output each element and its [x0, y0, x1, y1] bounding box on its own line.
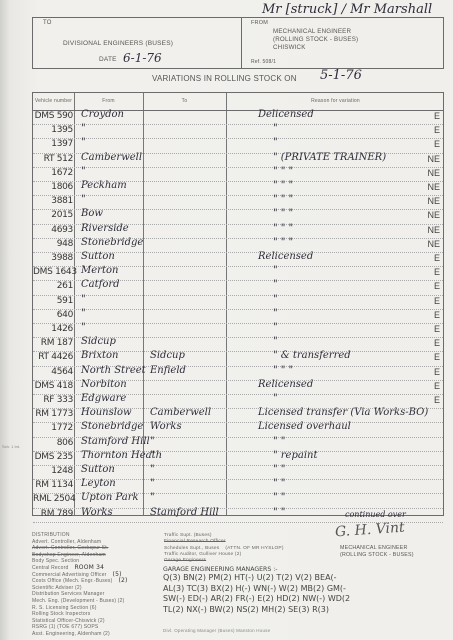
from-garage: Works: [81, 507, 113, 518]
distribution-item: Costs Office (Mech. Engr.-Buses)(2): [32, 578, 128, 585]
status-code: NE: [427, 239, 440, 249]
to-garage: ": [150, 492, 155, 503]
vehicle-number: RT 512: [33, 154, 73, 164]
from-garage: ": [81, 322, 86, 333]
reason: ": [273, 123, 453, 134]
status-code: E: [434, 338, 440, 348]
vehicle-number: DMS 418: [33, 381, 73, 391]
distribution-item-text: Distribution Services Manager: [32, 591, 105, 597]
from-garage: ": [81, 294, 86, 305]
to-recipient: DIVISIONAL ENGINEERS (BUSES): [63, 40, 173, 47]
garage-code-line: AL(3) TC(3) BX(2) H(-) WN(-) W(2) MB(2) …: [163, 584, 350, 595]
vehicle-number: 1806: [33, 182, 73, 192]
from-garage: Bow: [81, 208, 103, 219]
handwritten-annotation: (2): [119, 577, 128, 584]
from-garage: Sutton: [81, 464, 115, 475]
from-sender: MECHANICAL ENGINEER (ROLLING STOCK - BUS…: [273, 28, 358, 52]
status-code: E: [434, 395, 440, 405]
reason: " " ": [273, 223, 453, 234]
from-garage: Peckham: [81, 180, 127, 191]
distribution-item-text: Financial Research Officer: [164, 539, 226, 544]
vehicle-number: RT 4426: [33, 352, 73, 362]
reason: " ": [273, 478, 453, 489]
reason: ": [273, 294, 453, 305]
vehicle-number: 1248: [33, 466, 73, 476]
column-header-from: From: [74, 93, 143, 110]
distribution-item-text: Body Spec. Section: [32, 558, 79, 564]
garage-managers-heading: GARAGE ENGINEERING MANAGERS :-: [163, 566, 278, 573]
status-code: E: [434, 310, 440, 320]
to-garage: Enfield: [150, 365, 186, 376]
garage-code-line: SW(-) ED(-) AR(2) FR(-) E(2) HD(2) NW(-)…: [163, 594, 350, 605]
from-garage: Sutton: [81, 251, 115, 262]
distribution-item: Advert. Controller, Aldenham: [32, 539, 128, 546]
vehicle-number: 4564: [33, 367, 73, 377]
from-garage: ": [81, 308, 86, 319]
reason: " " ": [273, 194, 453, 205]
to-garage: ": [150, 464, 155, 475]
column-header-to: To: [143, 93, 226, 110]
vehicle-number: 806: [33, 438, 73, 448]
header-divider: [241, 18, 242, 68]
reason: " " ": [273, 180, 453, 191]
from-garage: Riverside: [81, 223, 129, 234]
memo-header: TO DIVISIONAL ENGINEERS (BUSES) DATE 6-1…: [32, 17, 444, 69]
status-code: E: [434, 139, 440, 149]
vehicle-number: 1395: [33, 125, 73, 135]
distribution-item-text: Traffic Supt. (Buses): [164, 533, 212, 538]
from-line: MECHANICAL ENGINEER: [273, 28, 358, 36]
to-label: TO: [43, 20, 52, 26]
distribution-item: R. S. Licensing Section (6): [32, 605, 128, 612]
vehicle-number: 261: [33, 281, 73, 291]
column-header-reason: Reason for variation: [226, 93, 445, 110]
distribution-item-text: Asst. Engineering, Aldenham (2): [32, 631, 110, 637]
distribution-item: RSRG (1) (TOE 677) SOPS: [32, 624, 128, 631]
reason: " (PRIVATE TRAINER): [273, 152, 453, 163]
status-code: NE: [427, 154, 440, 164]
from-garage: Sidcup: [81, 336, 116, 347]
footer-note: Divl. Operating Manager (Buses) Manston …: [163, 628, 270, 633]
distribution-item-text: Advert. Controller, Cockspur St.: [32, 545, 108, 551]
from-garage: Hounslow: [81, 407, 132, 418]
from-garage: ": [81, 137, 86, 148]
reason: " ": [273, 436, 453, 447]
reason: " ": [273, 492, 453, 503]
status-code: E: [434, 281, 440, 291]
vehicle-number: 948: [33, 239, 73, 249]
to-garage: Sidcup: [150, 350, 185, 361]
reason: " " ": [273, 237, 453, 248]
from-garage: Leyton: [81, 478, 116, 489]
vehicle-number: 2015: [33, 210, 73, 220]
to-garage: ": [150, 436, 155, 447]
from-garage: Stonebridge: [81, 421, 143, 432]
distribution-item-text: Costs Office (Mech. Engr.-Buses): [32, 578, 113, 584]
reason: ": [273, 279, 453, 290]
reason: Delicensed: [258, 109, 448, 120]
margin-annotation: Sch. 1 Int.: [2, 444, 20, 449]
distribution-item-text: Central Record: [32, 565, 68, 571]
distribution-item-text: Statistical Officer-Chiswick (2): [32, 618, 105, 624]
status-code: NE: [427, 168, 440, 178]
distribution-item-text: Mech. Eng. (Development - Buses) (2): [32, 598, 125, 604]
handwritten-annotation: ROOM 34: [74, 564, 104, 571]
from-garage: Merton: [81, 265, 118, 276]
distribution-item: Garage Engineers: [164, 558, 284, 564]
to-garage: ": [150, 450, 155, 461]
status-code: E: [434, 111, 440, 121]
vehicle-number: DMS 1643: [33, 267, 73, 277]
reason: " & transferred: [273, 350, 453, 361]
from-garage: ": [81, 123, 86, 134]
handwritten-annotation: (ATTN. OF MR HYSLOP): [225, 546, 283, 551]
distribution-item-text: Rolling Stock Inspectors: [32, 611, 90, 617]
distribution-item-text: Scientific Adviser (2): [32, 585, 82, 591]
vehicle-number: 640: [33, 310, 73, 320]
reason: " repaint: [273, 450, 453, 461]
reason: Relicensed: [258, 379, 448, 390]
distribution-item-text: RSRG (1) (TOE 677) SOPS: [32, 624, 98, 630]
from-garage: Upton Park: [81, 492, 139, 503]
distribution-item-text: Traffic Auditor, Gulliver House (2): [164, 552, 241, 557]
from-garage: Stonebridge: [81, 237, 143, 248]
status-code: E: [434, 367, 440, 377]
column-header-vehicle: Vehicle number: [33, 93, 74, 110]
title-date: 5-1-76: [320, 68, 362, 83]
variations-table: Vehicle number From To Reason for variat…: [32, 92, 444, 516]
scanned-document: Mr [struck] / Mr Marshall TO DIVISIONAL …: [0, 0, 453, 640]
garage-managers-codes: Q(3) BN(2) PM(2) HT(-) U(2) T(2) V(2) BE…: [163, 573, 350, 615]
distribution-item: Bodyshop Engineer, Aldenham: [32, 552, 128, 559]
garage-code-line: TL(2) NX(-) BW(2) NS(2) MH(2) SE(3) R(3): [163, 605, 350, 616]
vehicle-number: DMS 590: [33, 111, 73, 121]
vehicle-number: 1426: [33, 324, 73, 334]
distribution-item: Statistical Officer-Chiswick (2): [32, 618, 128, 625]
from-garage: Brixton: [81, 350, 118, 361]
distribution-item-text: Schedules Supt., Buses: [164, 546, 219, 551]
to-garage: Works: [150, 421, 182, 432]
distribution-item: Mech. Eng. (Development - Buses) (2): [32, 598, 128, 605]
from-garage: Stamford Hill: [81, 436, 150, 447]
status-code: NE: [427, 196, 440, 206]
status-code: E: [434, 296, 440, 306]
vehicle-number: RML 2504: [33, 494, 73, 504]
vehicle-number: DMS 235: [33, 452, 73, 462]
distribution-item: Asst. Engineering, Aldenham (2): [32, 631, 128, 638]
status-code: E: [434, 253, 440, 263]
distribution-item: Distribution Services Manager: [32, 591, 128, 598]
distribution-heading: DISTRIBUTION: [32, 532, 128, 539]
status-code: E: [434, 125, 440, 135]
from-label: FROM: [251, 20, 268, 26]
vehicle-number: 1672: [33, 168, 73, 178]
status-code: E: [434, 324, 440, 334]
from-garage: Edgware: [81, 393, 126, 404]
to-garage: Stamford Hill: [150, 507, 219, 518]
reason: ": [273, 137, 453, 148]
status-code: E: [434, 381, 440, 391]
reason: ": [273, 265, 453, 276]
distribution-item-text: Garage Engineers: [164, 558, 206, 563]
signatory-line: MECHANICAL ENGINEER: [340, 545, 414, 552]
vehicle-number: 1772: [33, 423, 73, 433]
to-garage: ": [150, 478, 155, 489]
document-title: VARIATIONS IN ROLLING STOCK ON: [152, 74, 297, 83]
vehicle-number: 4693: [33, 225, 73, 235]
vehicle-number: RM 1134: [33, 480, 73, 490]
from-garage: ": [81, 194, 86, 205]
reason: ": [273, 393, 453, 404]
continued-over-note: continued over: [345, 510, 406, 519]
distribution-item: Rolling Stock Inspectors: [32, 611, 128, 618]
distribution-item-text: Bodyshop Engineer, Aldenham: [32, 552, 106, 558]
status-code: E: [434, 352, 440, 362]
top-handwritten-note: Mr [struck] / Mr Marshall: [262, 2, 432, 17]
from-garage: North Street: [81, 365, 146, 376]
vehicle-number: 1397: [33, 139, 73, 149]
signature: G. H. Vint: [335, 520, 406, 541]
reason: " ": [273, 464, 453, 475]
signatory-title: MECHANICAL ENGINEER (ROLLING STOCK - BUS…: [340, 545, 414, 558]
reason: " " ": [273, 166, 453, 177]
vehicle-number: RM 1773: [33, 409, 73, 419]
reason: ": [273, 308, 453, 319]
garage-code-line: Q(3) BN(2) PM(2) HT(-) U(2) T(2) V(2) BE…: [163, 573, 350, 584]
status-code: NE: [427, 182, 440, 192]
from-garage: Catford: [81, 279, 120, 290]
vehicle-number: RM 789: [33, 509, 73, 519]
vehicle-number: 591: [33, 296, 73, 306]
distribution-item: Scientific Adviser (2): [32, 585, 128, 592]
vehicle-number: RM 187: [33, 338, 73, 348]
reason: " " ": [273, 208, 453, 219]
reason: Relicensed: [258, 251, 448, 262]
vehicle-number: 3988: [33, 253, 73, 263]
from-garage: Norbiton: [81, 379, 127, 390]
status-code: NE: [427, 225, 440, 235]
from-line: (ROLLING STOCK - BUSES): [273, 36, 358, 44]
reason: ": [273, 336, 453, 347]
vehicle-number: RF 333: [33, 395, 73, 405]
status-code: E: [434, 267, 440, 277]
from-garage: Camberwell: [81, 152, 142, 163]
reason: Licensed transfer (Via Works-BO): [258, 407, 448, 418]
to-garage: Camberwell: [150, 407, 211, 418]
traffic-items: Traffic Supt. (Buses)Financial Research …: [164, 533, 284, 564]
reason: " " ": [273, 365, 453, 376]
date-value: 6-1-76: [123, 51, 162, 65]
distribution-items: Advert. Controller, AldenhamAdvert. Cont…: [32, 539, 128, 638]
from-line: CHISWICK: [273, 44, 358, 52]
distribution-list: DISTRIBUTION Advert. Controller, Aldenha…: [32, 532, 128, 638]
reason: ": [273, 322, 453, 333]
reference-number: Ref. 508/1: [251, 59, 276, 65]
distribution-item: Advert. Controller, Cockspur St.: [32, 545, 128, 552]
vehicle-number: 3881: [33, 196, 73, 206]
distribution-item-text: R. S. Licensing Section (6): [32, 605, 97, 611]
distribution-item-text: Commercial Advertising Officer: [32, 572, 107, 578]
status-code: NE: [427, 210, 440, 220]
traffic-distribution: Traffic Supt. (Buses)Financial Research …: [164, 533, 284, 564]
distribution-item-text: Advert. Controller, Aldenham: [32, 539, 101, 545]
from-garage: ": [81, 166, 86, 177]
from-garage: Croydon: [81, 109, 124, 120]
reason: Licensed overhaul: [258, 421, 448, 432]
date-label: DATE: [99, 56, 117, 63]
signatory-line: (ROLLING STOCK - BUSES): [340, 552, 414, 559]
